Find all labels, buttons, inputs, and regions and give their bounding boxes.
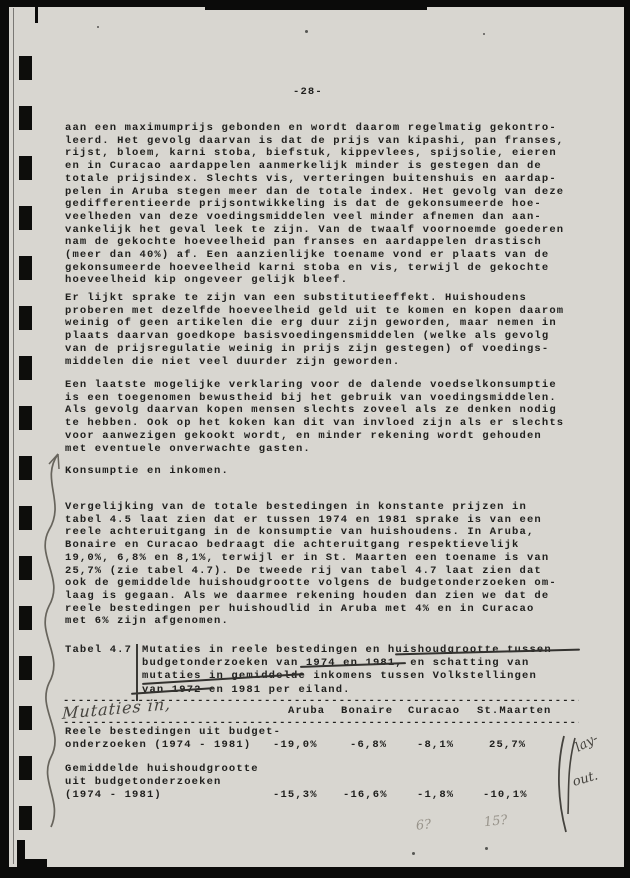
- scan-border-top-thick: [205, 0, 427, 10]
- column-header-aruba: Aruba: [288, 705, 325, 717]
- page-number: -28-: [293, 86, 323, 99]
- pencil-note-15: 15?: [483, 813, 508, 830]
- scan-speck: [485, 847, 488, 850]
- caption-margin-bar: [136, 644, 138, 701]
- table-row-1-label: Reele bestedingen uit budget- onderzoeke…: [65, 726, 281, 752]
- table-row-1-value-bonaire: -6,8%: [350, 739, 387, 752]
- section-heading: Konsumptie en inkomen.: [65, 465, 229, 478]
- table-row-2-value-bonaire: -16,6%: [343, 789, 388, 802]
- wavy-line: [45, 454, 58, 827]
- paper-edge-line: [13, 8, 14, 864]
- body-paragraph-3: Een laatste mogelijke verklaring voor de…: [65, 379, 564, 455]
- margin-wavy-line-annotation: [28, 438, 74, 838]
- column-header-stmaarten: St.Maarten: [477, 705, 552, 717]
- scan-speck: [305, 30, 308, 33]
- margin-note-text-2: out.: [571, 768, 600, 789]
- scan-border-bottom: [0, 867, 630, 878]
- scan-border-left: [0, 0, 9, 878]
- body-paragraph-4: Vergelijking van de totale bestedingen i…: [65, 501, 557, 628]
- table-row-1-value-stmaarten: 25,7%: [489, 739, 526, 752]
- scanned-page: -28- aan een maximumprijs gebonden en wo…: [0, 0, 630, 878]
- pencil-note-6: 6?: [415, 817, 432, 834]
- margin-note-stroke: [559, 736, 566, 832]
- table-row-1-value-curacao: -8,1%: [417, 739, 454, 752]
- scan-speck: [412, 852, 415, 855]
- scan-speck: [483, 33, 485, 35]
- body-paragraph-1: aan een maximumprijs gebonden en wordt d…: [65, 122, 564, 287]
- column-header-bonaire: Bonaire: [341, 705, 393, 717]
- top-left-tick-mark: [35, 7, 38, 23]
- margin-note-text-1: lay-: [573, 731, 601, 755]
- table-row-2-value-stmaarten: -10,1%: [483, 789, 528, 802]
- body-paragraph-2: Er lijkt sprake te zijn van een substitu…: [65, 292, 564, 368]
- column-header-curacao: Curacao: [408, 705, 460, 717]
- bottom-left-corner-mark: [17, 859, 47, 868]
- table-row-1-value-aruba: -19,0%: [273, 739, 318, 752]
- table-row-2-value-aruba: -15,3%: [273, 789, 318, 802]
- table-row-2-value-curacao: -1,8%: [417, 789, 454, 802]
- table-caption-label: Tabel 4.7: [65, 644, 132, 657]
- table-row-2-label: Gemiddelde huishoudgrootte uit budgetond…: [65, 763, 259, 802]
- margin-note-layout: lay- out.: [550, 726, 628, 844]
- scan-speck: [97, 26, 99, 28]
